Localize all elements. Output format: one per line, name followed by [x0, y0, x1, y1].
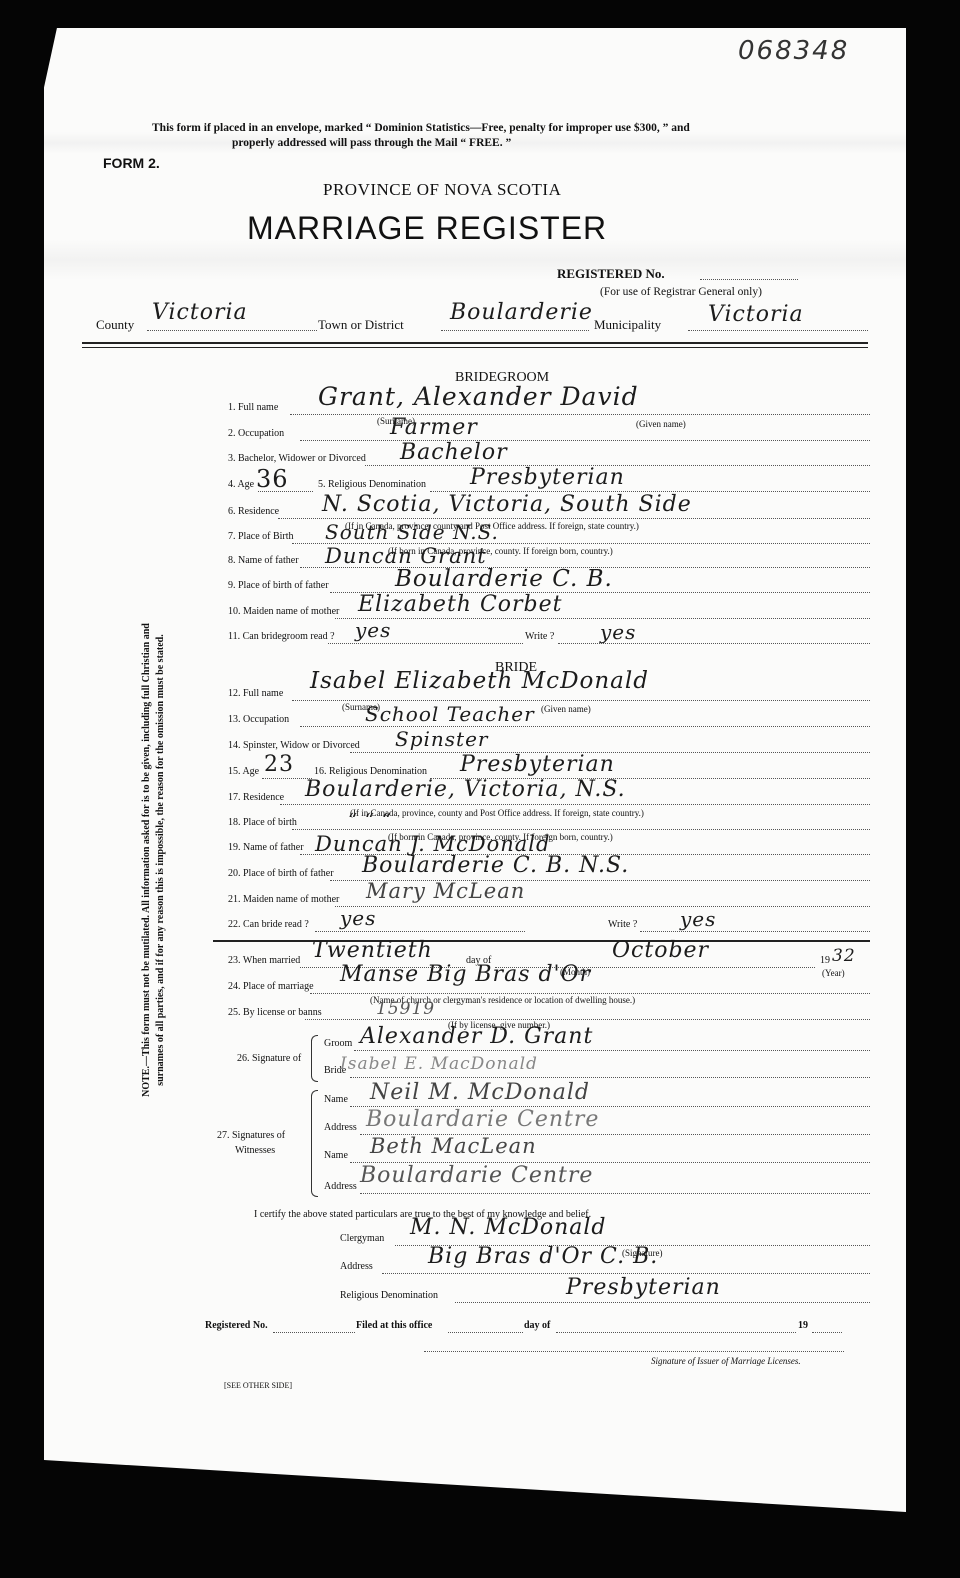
mail-notice-line-2: properly addressed will pass through the… — [232, 137, 511, 149]
county-label: County — [96, 317, 134, 333]
header-double-rule — [82, 342, 868, 344]
groom-mother-value: Elizabeth Corbet — [358, 592, 562, 617]
bride-full-name-value: Isabel Elizabeth McDonald — [310, 668, 649, 694]
registered-no-field[interactable] — [700, 279, 798, 280]
see-other-side: [SEE OTHER SIDE] — [224, 1381, 292, 1390]
municipality-label: Municipality — [594, 317, 661, 333]
bride-age-value: 23 — [264, 752, 294, 777]
signature-of-label: 26. Signature of — [237, 1053, 301, 1064]
groom-religion-value: Presbyterian — [470, 465, 625, 490]
filed-label: Filed at this office — [356, 1320, 432, 1331]
bride-status-value: Spinster — [395, 727, 488, 751]
bride-residence-label: 17. Residence — [228, 792, 284, 803]
bride-occupation-field[interactable] — [300, 726, 870, 727]
groom-status-value: Bachelor — [400, 440, 508, 465]
witness-1-name-label: Name — [324, 1094, 348, 1105]
county-value: Victoria — [152, 300, 248, 325]
bride-can-write-value: yes — [680, 907, 716, 931]
groom-occupation-label: 2. Occupation — [228, 428, 284, 439]
witness-2-name-label: Name — [324, 1150, 348, 1161]
residence-hint: (If in Canada, province, county and Post… — [350, 808, 644, 818]
footer-registered-no-field[interactable] — [273, 1332, 355, 1333]
witnesses-brace — [311, 1090, 318, 1197]
year-prefix: 19 — [820, 955, 830, 966]
clergy-denomination-field[interactable] — [455, 1302, 870, 1303]
groom-can-write-label: Write ? — [525, 631, 554, 642]
groom-signature-label: Groom — [324, 1038, 352, 1049]
groom-can-read-label: 11. Can bridegroom read ? — [228, 631, 335, 642]
bride-can-write-field[interactable] — [640, 931, 870, 932]
bride-father-birthplace-label: 20. Place of birth of father — [228, 868, 334, 879]
groom-can-read-field[interactable] — [328, 643, 523, 644]
bride-residence-field[interactable] — [280, 804, 870, 805]
town-value: Boularderie — [450, 300, 593, 325]
bride-can-read-value: yes — [340, 906, 376, 930]
bride-mother-label: 21. Maiden name of mother — [228, 894, 339, 905]
groom-birthplace-label: 7. Place of Birth — [228, 531, 294, 542]
bride-can-read-field[interactable] — [315, 931, 525, 932]
footer-registered-no-label: Registered No. — [205, 1320, 268, 1331]
serial-number: 068348 — [738, 36, 849, 66]
groom-father-birthplace-label: 9. Place of birth of father — [228, 580, 329, 591]
county-field-line[interactable] — [147, 330, 317, 331]
bride-signature-value: Isabel E. MacDonald — [340, 1054, 538, 1074]
bride-can-write-label: Write ? — [608, 919, 637, 930]
municipality-field-line[interactable] — [688, 330, 868, 331]
signature-brace — [311, 1035, 318, 1082]
groom-father-value: Duncan Grant — [325, 544, 487, 568]
bride-father-birthplace-value: Boularderie C. B. N.S. — [362, 853, 629, 878]
groom-can-write-value: yes — [600, 620, 636, 644]
bride-age-label: 15. Age — [228, 766, 259, 777]
witness-1-address-value: Boulardarie Centre — [366, 1107, 599, 1132]
groom-full-name-label: 1. Full name — [228, 402, 278, 413]
groom-can-read-value: yes — [355, 618, 391, 642]
groom-religion-label: 5. Religious Denomination — [318, 479, 426, 490]
witness-1-name-value: Neil M. McDonald — [370, 1080, 590, 1105]
page-title: MARRIAGE REGISTER — [247, 210, 607, 247]
bride-mother-value: Mary McLean — [366, 879, 525, 903]
groom-full-name-value: Grant, Alexander David — [318, 382, 639, 411]
groom-status-label: 3. Bachelor, Widower or Divorced — [228, 453, 366, 464]
filed-field[interactable] — [448, 1332, 523, 1333]
bride-can-read-label: 22. Can bride read ? — [228, 919, 309, 930]
clergyman-signature-value: M. N. McDonald — [410, 1215, 606, 1240]
bride-full-name-label: 12. Full name — [228, 688, 283, 699]
place-of-marriage-label: 24. Place of marriage — [228, 981, 314, 992]
when-married-label: 23. When married — [228, 955, 300, 966]
groom-occupation-value: Farmer — [390, 415, 478, 440]
witnesses-label: 27. Signatures of Witnesses — [217, 1128, 285, 1158]
groom-occupation-field[interactable] — [300, 440, 870, 441]
groom-residence-field[interactable] — [278, 518, 870, 519]
groom-residence-value: N. Scotia, Victoria, South Side — [322, 492, 692, 517]
clergy-address-value: Big Bras d'Or C. B. — [428, 1244, 658, 1269]
form-number: FORM 2. — [103, 155, 160, 171]
groom-residence-label: 6. Residence — [228, 506, 279, 517]
bride-status-label: 14. Spinster, Widow or Divorced — [228, 740, 360, 751]
bride-father-label: 19. Name of father — [228, 842, 304, 853]
town-field-line[interactable] — [441, 330, 589, 331]
footer-year-prefix: 19 — [798, 1320, 808, 1331]
footer-day-of-label: day of — [524, 1320, 550, 1331]
bride-occupation-value: School Teacher — [365, 702, 535, 726]
registered-no-label: REGISTERED No. — [557, 266, 665, 282]
groom-mother-field[interactable] — [335, 618, 870, 619]
groom-father-label: 8. Name of father — [228, 555, 299, 566]
witness-1-address-label: Address — [324, 1122, 357, 1133]
issuer-signature-label: Signature of Issuer of Marriage Licenses… — [651, 1356, 801, 1366]
license-label: 25. By license or banns — [228, 1007, 322, 1018]
witness-2-address-field[interactable] — [360, 1193, 870, 1194]
side-note: NOTE.—This form must not be mutilated. A… — [140, 535, 168, 1185]
footer-year-field[interactable] — [812, 1332, 842, 1333]
bride-religion-value: Presbyterian — [460, 752, 615, 777]
year-value: 32 — [832, 946, 856, 966]
license-value: 15919 — [376, 999, 435, 1019]
bride-mother-field[interactable] — [335, 906, 870, 907]
day-value: Twentieth — [312, 938, 433, 963]
year-hint: (Year) — [822, 968, 845, 978]
clergy-address-label: Address — [340, 1261, 373, 1272]
witness-2-address-value: Boulardarie Centre — [360, 1163, 593, 1188]
groom-age-label: 4. Age — [228, 479, 254, 490]
given-name-hint: (Given name) — [636, 419, 686, 429]
issuer-signature-field[interactable] — [424, 1351, 844, 1352]
mail-notice-line-1: This form if placed in an envelope, mark… — [152, 122, 690, 134]
given-name-hint: (Given name) — [541, 704, 591, 714]
town-label: Town or District — [318, 317, 404, 333]
bride-residence-value: Boularderie, Victoria, N.S. — [305, 777, 626, 802]
header-double-rule — [82, 347, 868, 348]
groom-signature-field[interactable] — [354, 1050, 870, 1051]
province-heading: PROVINCE OF NOVA SCOTIA — [323, 180, 561, 200]
clergy-address-field[interactable] — [382, 1273, 870, 1274]
witness-2-address-label: Address — [324, 1181, 357, 1192]
bride-occupation-label: 13. Occupation — [228, 714, 289, 725]
registrar-note: (For use of Registrar General only) — [600, 286, 762, 298]
place-of-marriage-value: Manse Big Bras d'Or — [340, 962, 591, 987]
place-of-marriage-field[interactable] — [310, 993, 870, 994]
month-value: October — [612, 938, 709, 963]
municipality-value: Victoria — [708, 302, 804, 327]
groom-signature-value: Alexander D. Grant — [360, 1024, 593, 1049]
bride-birthplace-value: “ “ “ — [348, 810, 392, 831]
clergyman-label: Clergyman — [340, 1233, 384, 1244]
license-field[interactable] — [305, 1019, 870, 1020]
bride-religion-label: 16. Religious Denomination — [314, 766, 427, 777]
bride-signature-field[interactable] — [350, 1077, 870, 1078]
footer-month-field[interactable] — [556, 1332, 796, 1333]
bride-birthplace-label: 18. Place of birth — [228, 817, 297, 828]
groom-mother-label: 10. Maiden name of mother — [228, 606, 339, 617]
clergy-denomination-label: Religious Denomination — [340, 1290, 438, 1301]
clergy-denomination-value: Presbyterian — [566, 1275, 721, 1300]
groom-father-birthplace-value: Boularderie C. B. — [395, 566, 613, 592]
witness-2-name-value: Beth MacLean — [370, 1134, 537, 1158]
groom-full-name-field[interactable] — [290, 414, 870, 415]
groom-birthplace-value: South Side N.S. — [325, 520, 499, 544]
groom-age-value: 36 — [256, 465, 289, 493]
bride-full-name-field[interactable] — [292, 700, 870, 701]
